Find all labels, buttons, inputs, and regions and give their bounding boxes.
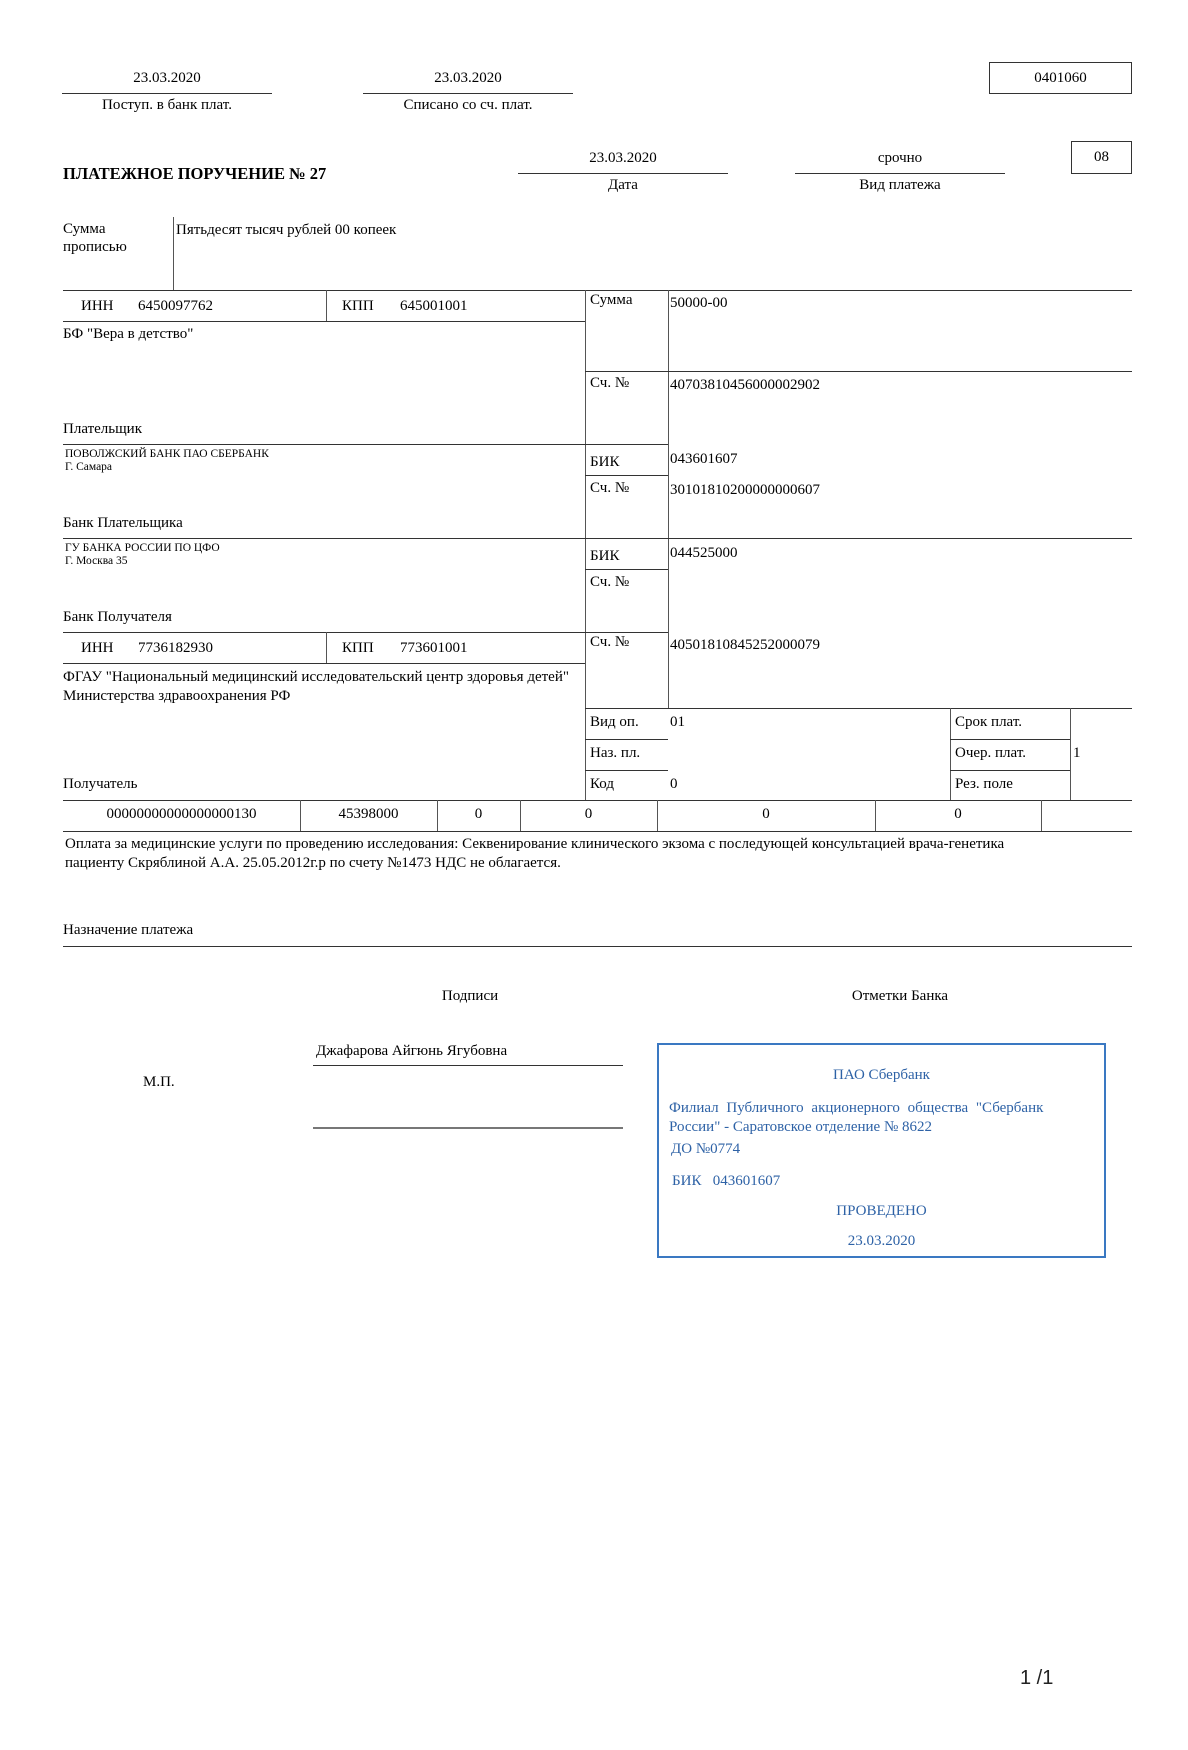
tax-cell: 00000000000000000130 bbox=[63, 806, 300, 823]
divider bbox=[668, 290, 669, 708]
divider bbox=[585, 569, 668, 570]
bank-marks-label: Отметки Банка bbox=[810, 988, 990, 1005]
divider bbox=[63, 831, 1132, 832]
stamp-bik: БИК 043601607 bbox=[672, 1173, 780, 1190]
srok-label: Срок плат. bbox=[955, 714, 1022, 731]
divider bbox=[63, 321, 585, 322]
form-code: 0401060 bbox=[989, 62, 1132, 94]
rez-label: Рез. поле bbox=[955, 776, 1013, 793]
divider bbox=[62, 93, 272, 94]
signature-line bbox=[313, 1127, 623, 1129]
divider bbox=[326, 632, 327, 663]
tax-cell: 0 bbox=[657, 806, 875, 823]
payer-kpp-label: КПП bbox=[342, 298, 374, 315]
kod-label: Код bbox=[590, 776, 614, 793]
divider bbox=[518, 173, 728, 174]
divider bbox=[585, 444, 668, 445]
payer-bank-bik: 043601607 bbox=[670, 451, 738, 468]
received-label: Поступ. в банк плат. bbox=[62, 97, 272, 114]
stamp-office: ДО №0774 bbox=[671, 1141, 740, 1158]
payment-type: срочно bbox=[795, 150, 1005, 167]
ocher-label: Очер. плат. bbox=[955, 745, 1026, 762]
payer-inn: 6450097762 bbox=[138, 298, 213, 315]
amount-label: Сумма bbox=[590, 292, 632, 309]
vid-op: 01 bbox=[670, 714, 685, 731]
bank-stamp: ПАО Сбербанк Филиал Публичного акционерн… bbox=[657, 1043, 1106, 1258]
payee-bank-bik: 044525000 bbox=[670, 545, 738, 562]
payer-account-label: Сч. № bbox=[590, 375, 629, 392]
divider bbox=[585, 371, 1132, 372]
divider bbox=[875, 800, 876, 831]
payee-bank-bik-label: БИК bbox=[590, 548, 619, 565]
status-code: 08 bbox=[1071, 141, 1132, 174]
payer-bank-city: Г. Самара bbox=[65, 461, 112, 474]
divider bbox=[326, 290, 327, 321]
page-title: ПЛАТЕЖНОЕ ПОРУЧЕНИЕ № 27 bbox=[63, 164, 326, 184]
payee-bank-name: ГУ БАНКА РОССИИ ПО ЦФО bbox=[65, 542, 220, 555]
payment-type-label: Вид платежа bbox=[795, 177, 1005, 194]
page-indicator: 1 /1 bbox=[1020, 1667, 1053, 1690]
debited-label: Списано со сч. плат. bbox=[363, 97, 573, 114]
payee-kpp-label: КПП bbox=[342, 640, 374, 657]
payee-acc: 40501810845252000079 bbox=[670, 637, 820, 654]
divider bbox=[63, 538, 1132, 539]
divider bbox=[585, 739, 668, 740]
payer-account: 40703810456000002902 bbox=[670, 377, 820, 394]
order-date-label: Дата bbox=[518, 177, 728, 194]
debited-date: 23.03.2020 bbox=[363, 70, 573, 87]
received-date: 23.03.2020 bbox=[62, 70, 272, 87]
signer-name: Джафарова Айгюнь Ягубовна bbox=[316, 1043, 507, 1060]
divider bbox=[63, 632, 668, 633]
payee-acc-label: Сч. № bbox=[590, 634, 629, 651]
tax-cell: 0 bbox=[437, 806, 520, 823]
divider bbox=[950, 708, 951, 800]
divider bbox=[950, 739, 1070, 740]
stamp-place-label: М.П. bbox=[143, 1074, 175, 1091]
divider bbox=[363, 93, 573, 94]
divider bbox=[585, 475, 668, 476]
amount-value: 50000-00 bbox=[670, 295, 728, 312]
purpose-line-1: Оплата за медицинские услуги по проведен… bbox=[65, 835, 1004, 854]
divider bbox=[173, 217, 174, 290]
payer-kpp: 645001001 bbox=[400, 298, 468, 315]
tax-cell: 0 bbox=[875, 806, 1041, 823]
payer-name: БФ "Вера в детство" bbox=[63, 326, 193, 343]
divider bbox=[63, 946, 1132, 947]
tax-cell: 0 bbox=[520, 806, 657, 823]
payee-inn-label: ИНН bbox=[81, 640, 114, 657]
stamp-date: 23.03.2020 bbox=[659, 1233, 1104, 1250]
payer-label: Плательщик bbox=[63, 421, 142, 438]
divider bbox=[63, 663, 585, 664]
order-date: 23.03.2020 bbox=[518, 150, 728, 167]
divider bbox=[950, 770, 1070, 771]
tax-cell: 45398000 bbox=[300, 806, 437, 823]
amount-words-value: Пятьдесят тысяч рублей 00 копеек bbox=[176, 222, 396, 239]
stamp-status: ПРОВЕДЕНО bbox=[659, 1203, 1104, 1220]
payer-bank-name: ПОВОЛЖСКИЙ БАНК ПАО СБЕРБАНК bbox=[65, 448, 269, 461]
ocher-value: 1 bbox=[1073, 745, 1081, 762]
payee-name: ФГАУ "Национальный медицинский исследова… bbox=[63, 668, 585, 706]
purpose-line-2: пациенту Скряблиной А.А. 25.05.2012г.р п… bbox=[65, 854, 1004, 873]
payee-label: Получатель bbox=[63, 776, 137, 793]
payee-bank-acc-label: Сч. № bbox=[590, 574, 629, 591]
payee-inn: 7736182930 bbox=[138, 640, 213, 657]
divider bbox=[63, 444, 585, 445]
stamp-branch-1: Филиал Публичного акционерного общества … bbox=[669, 1100, 1043, 1117]
divider bbox=[437, 800, 438, 831]
purpose-text: Оплата за медицинские услуги по проведен… bbox=[65, 835, 1004, 873]
vid-op-label: Вид оп. bbox=[590, 714, 639, 731]
divider bbox=[585, 290, 586, 800]
divider bbox=[585, 708, 1132, 709]
divider bbox=[300, 800, 301, 831]
divider bbox=[585, 770, 668, 771]
signature-line bbox=[313, 1065, 623, 1066]
signatures-label: Подписи bbox=[380, 988, 560, 1005]
divider bbox=[795, 173, 1005, 174]
payer-bank-bik-label: БИК bbox=[590, 454, 619, 471]
stamp-branch-2: России" - Саратовское отделение № 8622 bbox=[669, 1119, 932, 1136]
payer-inn-label: ИНН bbox=[81, 298, 114, 315]
payer-bank-acc-label: Сч. № bbox=[590, 480, 629, 497]
divider bbox=[1041, 800, 1042, 831]
naz-pl-label: Наз. пл. bbox=[590, 745, 640, 762]
payer-bank-acc: 30101810200000000607 bbox=[670, 482, 820, 499]
payee-kpp: 773601001 bbox=[400, 640, 468, 657]
divider bbox=[63, 800, 1132, 801]
purpose-label: Назначение платежа bbox=[63, 922, 193, 939]
kod: 0 bbox=[670, 776, 678, 793]
payee-bank-label: Банк Получателя bbox=[63, 609, 172, 626]
payer-bank-label: Банк Плательщика bbox=[63, 515, 183, 532]
divider bbox=[1070, 708, 1071, 800]
stamp-bank: ПАО Сбербанк bbox=[659, 1067, 1104, 1084]
amount-words-label: Сумма прописью bbox=[63, 220, 163, 256]
divider bbox=[520, 800, 521, 831]
payee-bank-city: Г. Москва 35 bbox=[65, 555, 128, 568]
divider bbox=[63, 290, 1132, 291]
divider bbox=[657, 800, 658, 831]
